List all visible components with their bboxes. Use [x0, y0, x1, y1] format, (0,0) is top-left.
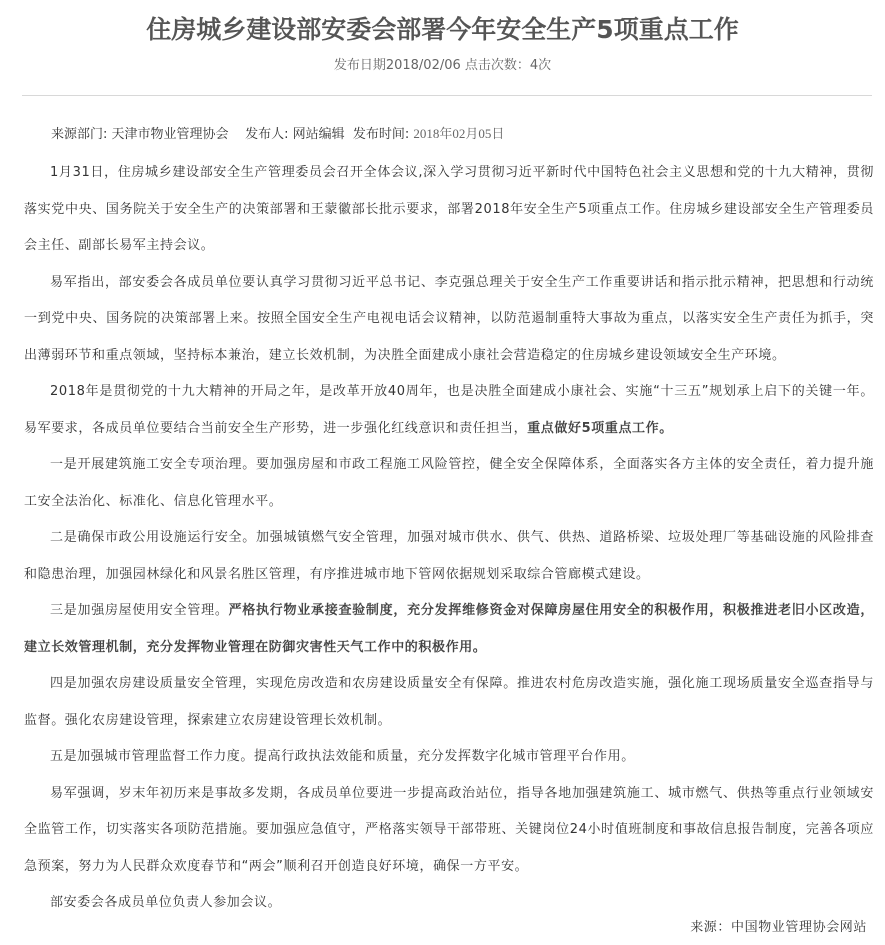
publish-time-label: 发布时间: — [353, 127, 409, 142]
paragraph: 四是加强农房建设质量安全管理，实现危房改造和农房建设质量安全有保障。推进农村危房… — [24, 666, 874, 739]
publish-time-value: 2018年02月05日 — [413, 126, 504, 141]
bold-emphasis: 重点做好5项重点工作。 — [527, 421, 673, 436]
paragraph: 易军强调，岁末年初历来是事故多发期，各成员单位要进一步提高政治站位，指导各地加强… — [24, 776, 874, 886]
article-body: 1月31日，住房城乡建设部安全生产管理委员会召开全体会议,深入学习贯彻习近平新时… — [24, 155, 874, 922]
source-line: 来源部门: 天津市物业管理协会 发布人: 网站编辑 发布时间: 2018年02月… — [51, 124, 504, 145]
source-dept-label: 来源部门: — [51, 127, 107, 142]
publisher-label: 发布人: — [245, 127, 288, 142]
paragraph: 1月31日，住房城乡建设部安全生产管理委员会召开全体会议,深入学习贯彻习近平新时… — [24, 155, 874, 265]
source-dept-value: 天津市物业管理协会 — [112, 127, 229, 142]
footer-source: 来源：中国物业管理协会网站 — [690, 918, 867, 938]
paragraph: 二是确保市政公用设施运行安全。加强城镇燃气安全管理，加强对城市供水、供气、供热、… — [24, 520, 874, 593]
paragraph: 2018年是贯彻党的十九大精神的开局之年，是改革开放40周年，也是决胜全面建成小… — [24, 374, 874, 447]
article-meta: 发布日期2018/02/06 点击次数：4次 — [0, 56, 885, 76]
paragraph: 一是开展建筑施工安全专项治理。要加强房屋和市政工程施工风险管控，健全安全保障体系… — [24, 447, 874, 520]
header-divider — [22, 95, 872, 96]
paragraph: 三是加强房屋使用安全管理。严格执行物业承接查验制度，充分发挥维修资金对保障房屋住… — [24, 593, 874, 666]
paragraph: 五是加强城市管理监督工作力度。提高行政执法效能和质量，充分发挥数字化城市管理平台… — [24, 739, 874, 776]
article-title: 住房城乡建设部安委会部署今年安全生产5项重点工作 — [0, 12, 885, 48]
paragraph: 易军指出，部安委会各成员单位要认真学习贯彻习近平总书记、李克强总理关于安全生产工… — [24, 265, 874, 375]
publisher-value: 网站编辑 — [293, 127, 345, 142]
paragraph: 部安委会各成员单位负责人参加会议。 — [24, 885, 874, 922]
